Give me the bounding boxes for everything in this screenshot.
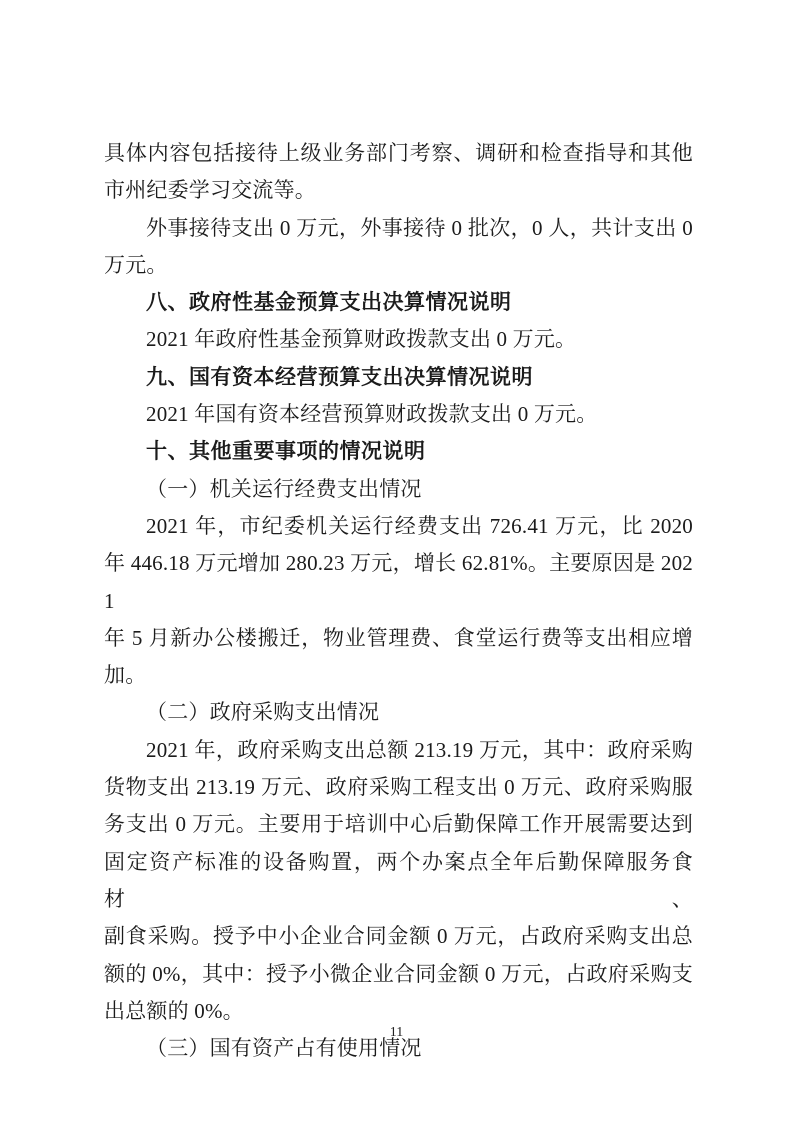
paragraph-line: 货物支出 213.19 万元、政府采购工程支出 0 万元、政府采购服	[104, 769, 693, 806]
paragraph-line: 年 5 月新办公楼搬迁，物业管理费、食堂运行费等支出相应增	[104, 620, 693, 657]
paragraph-line: 副食采购。授予中小企业合同金额 0 万元，占政府采购支出总	[104, 918, 693, 955]
heading-subsection-1: （一）机关运行经费支出情况	[104, 471, 693, 508]
page-number: 11	[0, 1024, 793, 1042]
document-body: 具体内容包括接待上级业务部门考察、调研和检查指导和其他 市州纪委学习交流等。 外…	[104, 135, 693, 1067]
paragraph-line: 万元。	[104, 247, 693, 284]
paragraph-line: 具体内容包括接待上级业务部门考察、调研和检查指导和其他	[104, 135, 693, 172]
heading-subsection-2: （二）政府采购支出情况	[104, 694, 693, 731]
paragraph-line: 2021 年政府性基金预算财政拨款支出 0 万元。	[104, 321, 693, 358]
paragraph-line: 额的 0%，其中：授予小微企业合同金额 0 万元，占政府采购支	[104, 956, 693, 993]
paragraph-line: 年 446.18 万元增加 280.23 万元，增长 62.81%。主要原因是 …	[104, 545, 693, 620]
paragraph-line: 市州纪委学习交流等。	[104, 172, 693, 209]
document-page: 具体内容包括接待上级业务部门考察、调研和检查指导和其他 市州纪委学习交流等。 外…	[0, 0, 793, 1122]
paragraph-line: 2021 年，市纪委机关运行经费支出 726.41 万元，比 2020	[104, 508, 693, 545]
paragraph-line: 加。	[104, 657, 693, 694]
paragraph-line: 务支出 0 万元。主要用于培训中心后勤保障工作开展需要达到	[104, 806, 693, 843]
heading-section-9: 九、国有资本经营预算支出决算情况说明	[104, 359, 693, 396]
paragraph-line: 固定资产标准的设备购置，两个办案点全年后勤保障服务食材、	[104, 844, 693, 919]
paragraph-line: 2021 年国有资本经营预算财政拨款支出 0 万元。	[104, 396, 693, 433]
paragraph-line: 外事接待支出 0 万元，外事接待 0 批次，0 人，共计支出 0	[104, 210, 693, 247]
heading-section-10: 十、其他重要事项的情况说明	[104, 433, 693, 470]
paragraph-line: 2021 年，政府采购支出总额 213.19 万元，其中：政府采购	[104, 732, 693, 769]
heading-section-8: 八、政府性基金预算支出决算情况说明	[104, 284, 693, 321]
